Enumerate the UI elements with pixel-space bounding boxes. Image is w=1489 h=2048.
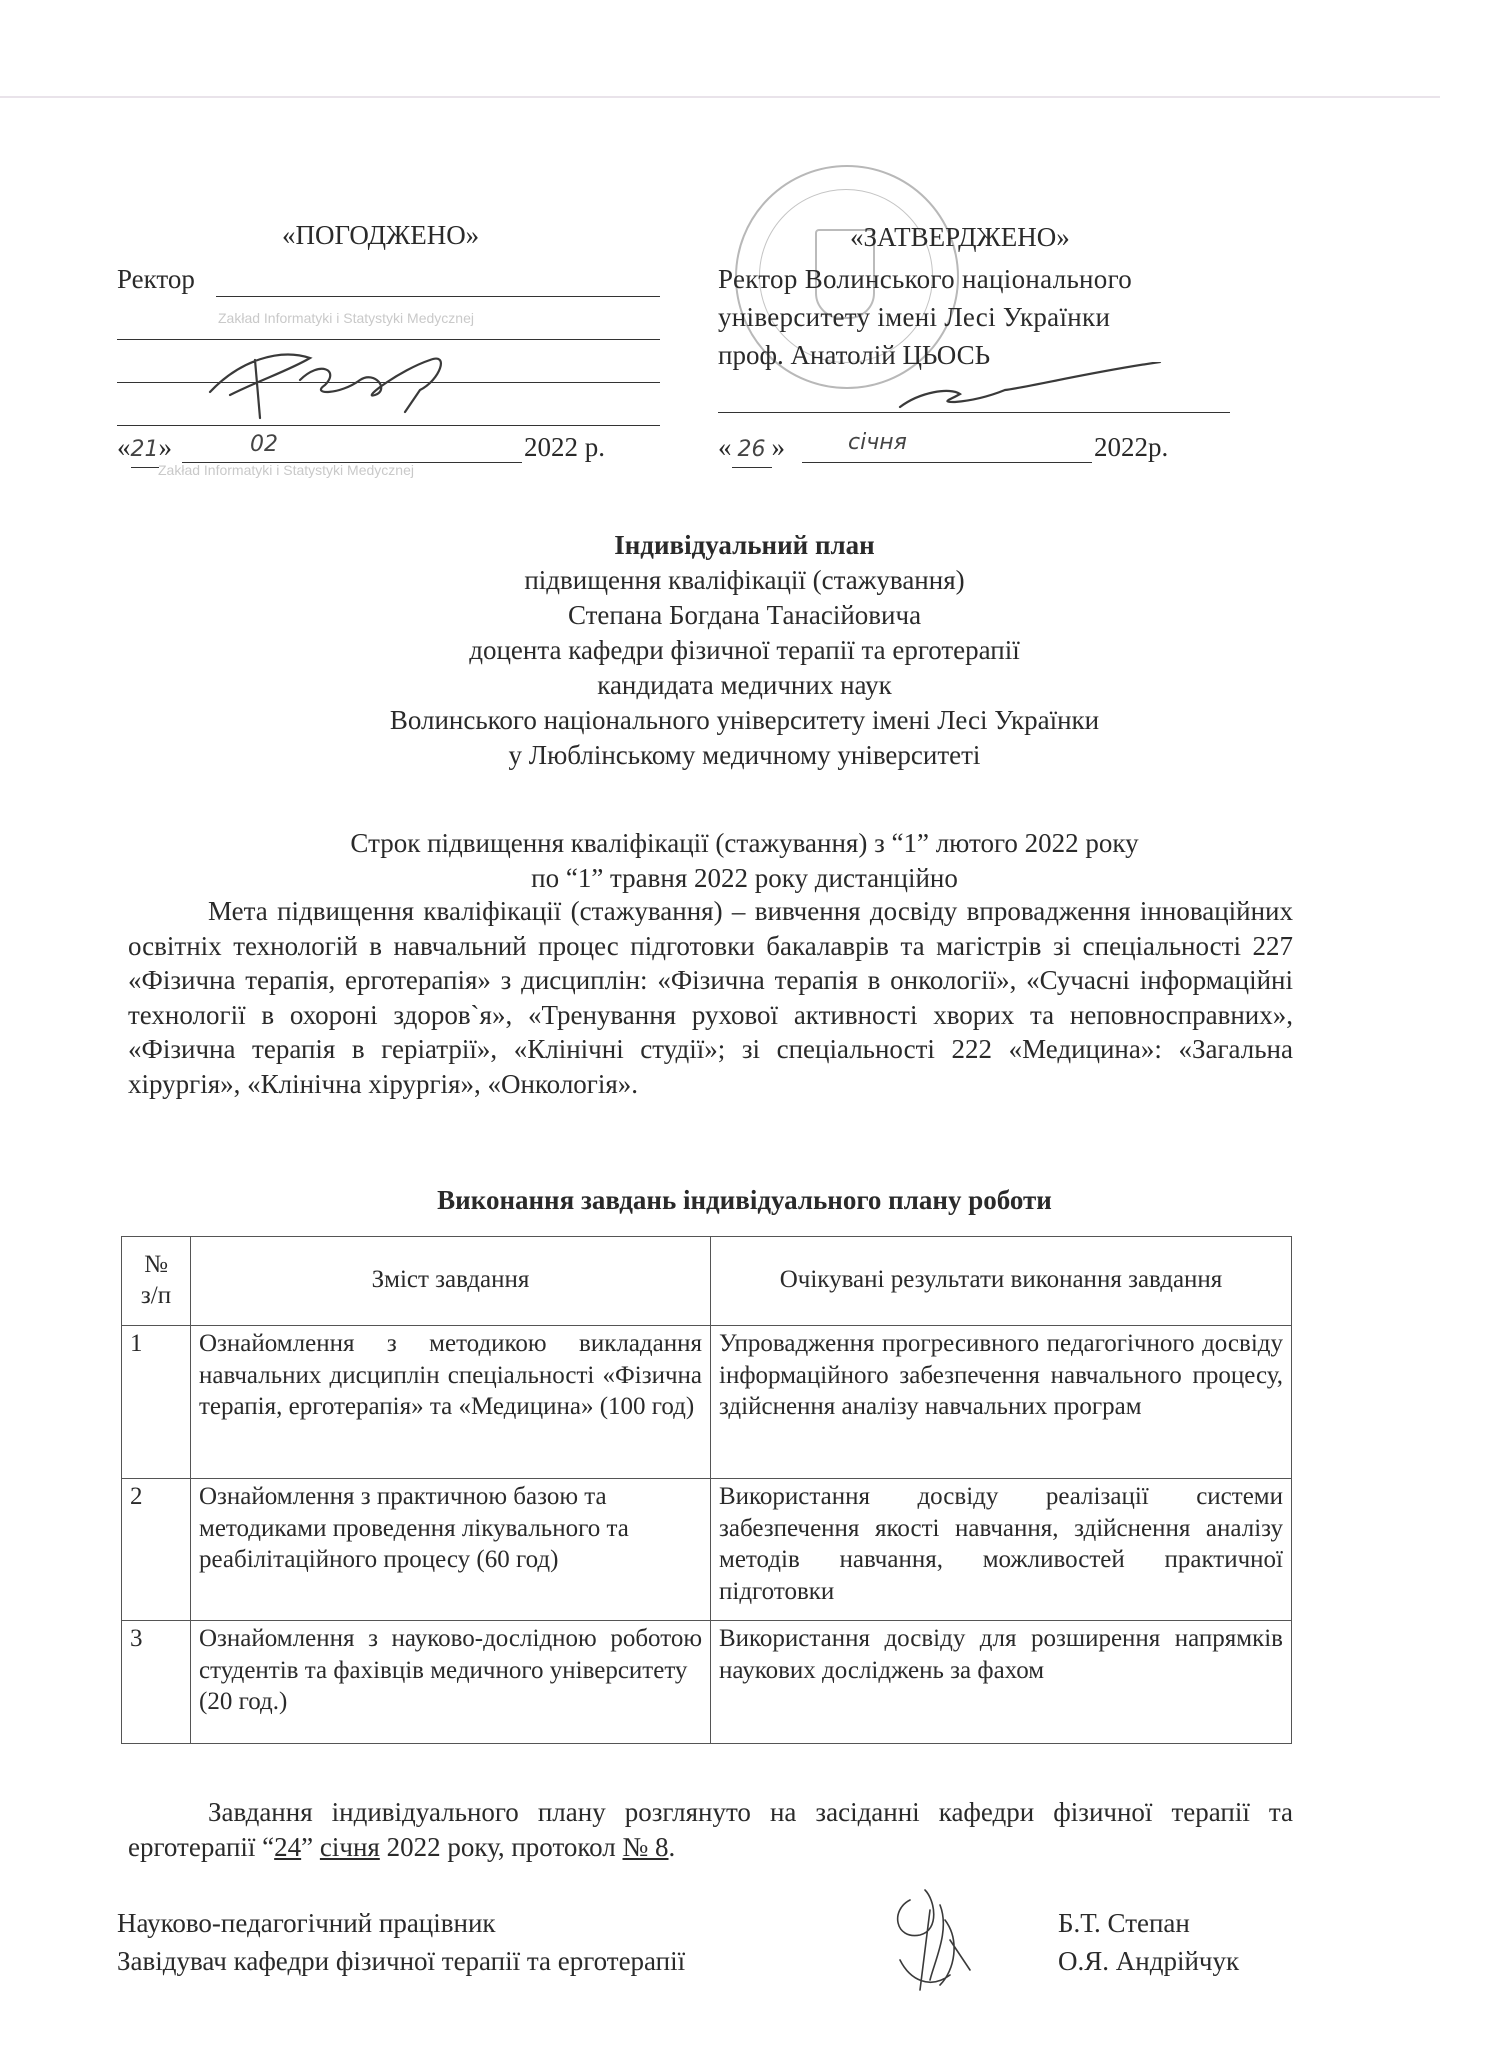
approval-right-year: 2022р.: [1094, 430, 1168, 464]
table-caption: Виконання завдань індивідуального плану …: [0, 1183, 1489, 1218]
signer-name: О.Я. Андрійчук: [1058, 1944, 1239, 1978]
term-line1: Строк підвищення кваліфікації (стажуванн…: [0, 826, 1489, 861]
title-subline: підвищення кваліфікації (стажування): [0, 563, 1489, 598]
approval-right-date: «26»: [718, 430, 785, 468]
table-row: 1 Ознайомлення з методикою викладання на…: [122, 1326, 1292, 1479]
faint-stamp-text: Zakład Informatyki i Statystyki Medyczne…: [158, 462, 414, 478]
table-header-row: № з/п Зміст завдання Очікувані результат…: [122, 1237, 1292, 1326]
tasks-table: № з/п Зміст завдання Очікувані результат…: [121, 1236, 1292, 1744]
signer-name: Б.Т. Степан: [1058, 1906, 1190, 1940]
goal-paragraph: Мета підвищення кваліфікації (стажування…: [128, 894, 1293, 1101]
protocol-number: № 8: [623, 1832, 669, 1862]
university-name: Волинського національного університету і…: [0, 703, 1489, 738]
row-task: Ознайомлення з науково-дослідною роботою…: [191, 1621, 711, 1744]
signer-role: Науково-педагогічний працівник: [117, 1906, 496, 1940]
faint-stamp-text: Zakład Informatyki i Statystyki Medyczne…: [218, 310, 474, 326]
document-title-block: Індивідуальний план підвищення кваліфіка…: [0, 528, 1489, 773]
signature-line: [216, 296, 660, 297]
person-position: доцента кафедри фізичної терапії та ерго…: [0, 633, 1489, 668]
row-task: Ознайомлення з практичною базою та метод…: [191, 1479, 711, 1621]
approval-left-heading: «ПОГОДЖЕНО»: [282, 220, 479, 251]
approval-left-role: Ректор: [117, 262, 195, 296]
document-title: Індивідуальний план: [0, 528, 1489, 563]
review-day: 24: [274, 1832, 301, 1862]
handwritten-signatures: [880, 1880, 1000, 2000]
row-num: 2: [122, 1479, 191, 1621]
table-row: 3 Ознайомлення з науково-дослідною робот…: [122, 1621, 1292, 1744]
signature-line: [117, 425, 660, 426]
person-name: Степана Богдана Танасійовича: [0, 598, 1489, 633]
date-month-line: [802, 462, 1092, 463]
person-degree: кандидата медичних наук: [0, 668, 1489, 703]
row-result: Використання досвіду реалізації системи …: [711, 1479, 1292, 1621]
date-day-handwritten: 21: [131, 433, 159, 468]
approval-left-date: «21»: [117, 430, 172, 468]
header-num: № з/п: [122, 1237, 191, 1326]
row-result: Упровадження прогресивного педагогічного…: [711, 1326, 1292, 1479]
row-result: Використання досвіду для розширення напр…: [711, 1621, 1292, 1744]
approval-right-line1: Ректор Волинського національного: [718, 262, 1132, 296]
signer-role: Завідувач кафедри фізичної терапії та ер…: [117, 1944, 685, 1978]
row-task-hours: (20 год.): [199, 1686, 702, 1718]
row-num: 3: [122, 1621, 191, 1744]
header-task: Зміст завдання: [191, 1237, 711, 1326]
row-task: Ознайомлення з методикою викладання навч…: [191, 1326, 711, 1479]
date-month-handwritten: січня: [848, 430, 907, 455]
rector-signature-right: [890, 362, 1170, 422]
date-month-line: [182, 462, 522, 463]
date-day-handwritten: 26: [732, 433, 772, 468]
date-month-handwritten: 02: [250, 432, 278, 457]
review-paragraph: Завдання індивідуального плану розглянут…: [128, 1795, 1293, 1864]
signature-line: [718, 412, 1230, 413]
term-line2: по “1” травня 2022 року дистанційно: [0, 861, 1489, 896]
host-university: у Люблінському медичному університеті: [0, 738, 1489, 773]
review-month: січня: [320, 1832, 380, 1862]
header-result: Очікувані результати виконання завдання: [711, 1237, 1292, 1326]
approval-right-heading: «ЗАТВЕРДЖЕНО»: [850, 222, 1070, 253]
rector-signature-left: [200, 340, 460, 420]
approval-left-year: 2022 р.: [524, 430, 605, 464]
term-block: Строк підвищення кваліфікації (стажуванн…: [0, 826, 1489, 896]
scan-edge-line: [0, 96, 1440, 98]
row-num: 1: [122, 1326, 191, 1479]
table-row: 2 Ознайомлення з практичною базою та мет…: [122, 1479, 1292, 1621]
approval-right-line2: університету імені Лесі Українки: [718, 300, 1110, 334]
